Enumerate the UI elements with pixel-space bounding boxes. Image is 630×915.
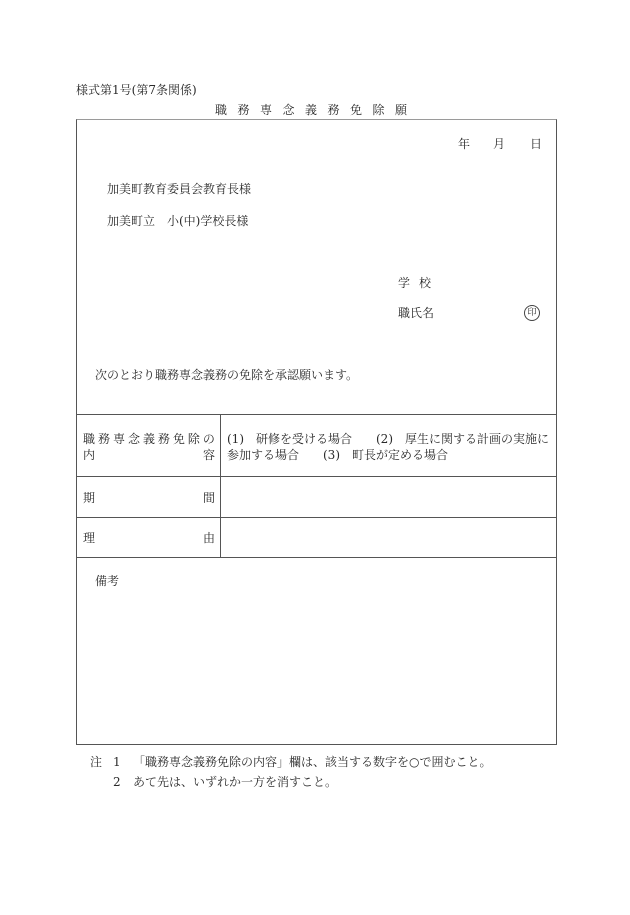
addressee-superintendent: 加美町教育委員会教育長様: [107, 182, 251, 196]
date-month-label: 月: [493, 137, 505, 151]
exemption-options-line-2[interactable]: 参加する場合 (3) 町長が定める場合: [227, 447, 448, 463]
label-char: の: [203, 431, 215, 447]
label-char: 間: [203, 490, 215, 506]
table-top-divider: [77, 414, 556, 415]
table-divider: [77, 517, 556, 518]
label-char: 義: [143, 431, 155, 447]
note-text: あて先は、いずれか一方を消すこと。: [133, 772, 337, 792]
note-text: 「職務専念義務免除の内容」欄は、該当する数字を○で囲むこと。: [133, 752, 491, 772]
school-label: 学校: [398, 276, 440, 290]
label-char: 容: [203, 447, 215, 463]
label-char: 務: [98, 431, 110, 447]
date-year-label: 年: [458, 137, 470, 151]
period-label: 期 間: [83, 490, 215, 506]
notes-prefix-spacer: [90, 772, 113, 792]
form-number: 様式第1号(第7条関係): [76, 83, 197, 97]
label-char: 専: [113, 431, 125, 447]
reason-label: 理 由: [83, 530, 215, 546]
applicant-name-label: 職氏名: [398, 306, 434, 320]
note-item: 注 1 「職務専念義務免除の内容」欄は、該当する数字を○で囲むこと。: [90, 752, 491, 772]
application-form: 年 月 日 加美町教育委員会教育長様 加美町立 小(中)学校長様 学校 職氏名 …: [76, 119, 557, 745]
date-day-label: 日: [530, 137, 542, 151]
label-char: 期: [83, 490, 95, 506]
table-divider: [77, 476, 556, 477]
addressee-principal: 加美町立 小(中)学校長様: [107, 214, 248, 228]
label-char: 除: [188, 431, 200, 447]
label-char: 務: [158, 431, 170, 447]
notes-prefix: 注: [90, 752, 113, 772]
label-char: 念: [128, 431, 140, 447]
notes-section: 注 1 「職務専念義務免除の内容」欄は、該当する数字を○で囲むこと。 2 あて先…: [90, 752, 491, 792]
request-statement: 次のとおり職務専念義務の免除を承認願います。: [95, 368, 358, 382]
label-char: 理: [83, 530, 95, 546]
table-divider: [77, 557, 556, 558]
label-char: 職: [83, 431, 95, 447]
seal-icon: 印: [524, 305, 540, 321]
remarks-label: 備考: [95, 574, 119, 588]
form-title: 職務専念義務免除願: [215, 103, 418, 117]
exemption-options-line-1[interactable]: (1) 研修を受ける場合 (2) 厚生に関する計画の実施に: [227, 431, 549, 447]
exemption-contents-label: 職 務 専 念 義 務 免 除 の 内 容: [83, 431, 215, 463]
note-number: 1: [113, 752, 133, 772]
note-number: 2: [113, 772, 133, 792]
label-char: 免: [173, 431, 185, 447]
label-char: 由: [203, 530, 215, 546]
note-item: 2 あて先は、いずれか一方を消すこと。: [90, 772, 491, 792]
label-char: 内: [83, 447, 95, 463]
table-column-divider: [220, 414, 221, 557]
